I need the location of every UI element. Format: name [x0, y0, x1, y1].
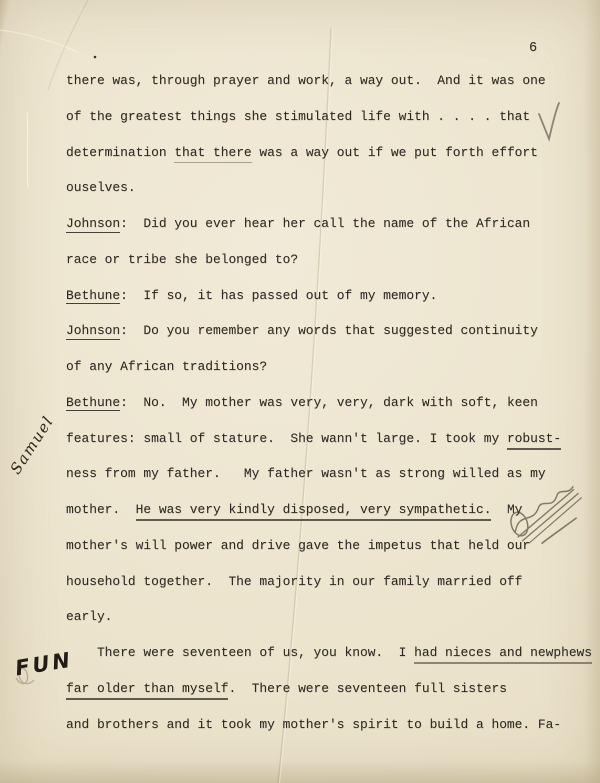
text-line: features: small of stature. She wann't l… — [66, 431, 596, 467]
underlined-text: that there — [174, 145, 251, 163]
text-segment: early. — [66, 609, 112, 624]
ink-speck — [94, 56, 97, 59]
text-segment: mother. — [66, 502, 136, 517]
text-segment: features: small of stature. She wann't l… — [66, 431, 507, 446]
text-segment: household together. The majority in our … — [66, 574, 522, 589]
text-line: mother's will power and drive gave the i… — [66, 538, 596, 574]
text-segment: ness from my father. My father wasn't as… — [66, 466, 546, 481]
typewritten-lines: there was, through prayer and work, a wa… — [66, 73, 596, 752]
text-segment: There were seventeen of us, you know. I — [66, 645, 414, 660]
underlined-text: Johnson — [66, 216, 120, 233]
margin-annotation-samuel: Samuel — [0, 400, 66, 490]
text-segment: : Do you remember any words that suggest… — [120, 323, 538, 338]
text-line: of any African traditions? — [66, 359, 596, 395]
text-segment: of any African traditions? — [66, 359, 267, 374]
text-line: Johnson: Did you ever hear her call the … — [66, 216, 596, 252]
underlined-text: Bethune — [66, 395, 120, 412]
text-segment: of the greatest things she stimulated li… — [66, 109, 530, 124]
text-line: There were seventeen of us, you know. I … — [66, 645, 596, 681]
text-segment: determination — [66, 145, 174, 160]
text-segment: : No. My mother was very, very, dark wit… — [120, 395, 538, 410]
text-line: determination that there was a way out i… — [66, 145, 596, 181]
text-segment: was a way out if we put forth effort — [252, 145, 538, 160]
text-line: Bethune: If so, it has passed out of my … — [66, 288, 596, 324]
underlined-text: He was very kindly disposed, very sympat… — [136, 502, 492, 521]
text-segment: : If so, it has passed out of my memory. — [120, 288, 437, 303]
document-page: 6 there was, through prayer and work, a … — [0, 0, 600, 783]
text-segment: and brothers and it took my mother's spi… — [66, 717, 561, 732]
text-line: mother. He was very kindly disposed, ver… — [66, 502, 596, 538]
text-line: Bethune: No. My mother was very, very, d… — [66, 395, 596, 431]
text-segment: there was, through prayer and work, a wa… — [66, 73, 546, 88]
underlined-text: far older than myself — [66, 681, 228, 700]
corner-crease-highlight — [0, 30, 78, 52]
text-line: far older than myself. There were sevent… — [66, 681, 596, 717]
underlined-text: robust- — [507, 431, 561, 450]
underlined-text: had nieces and newphews — [414, 645, 592, 664]
text-line: household together. The majority in our … — [66, 574, 596, 610]
text-line: ouselves. — [66, 180, 596, 216]
paper-fiber — [27, 112, 28, 188]
text-line: of the greatest things she stimulated li… — [66, 109, 596, 145]
text-segment: race or tribe she belonged to? — [66, 252, 298, 267]
underlined-text: Bethune — [66, 288, 120, 305]
text-line: early. — [66, 609, 596, 645]
text-segment: : Did you ever hear her call the name of… — [120, 216, 530, 231]
underlined-text: Johnson — [66, 323, 120, 340]
text-line: and brothers and it took my mother's spi… — [66, 717, 596, 753]
text-segment: ouselves. — [66, 180, 136, 195]
text-line: there was, through prayer and work, a wa… — [66, 73, 596, 109]
text-segment: . There were seventeen full sisters — [228, 681, 506, 696]
text-line: ness from my father. My father wasn't as… — [66, 466, 596, 502]
text-segment: My — [491, 502, 522, 517]
page-number: 6 — [529, 41, 537, 56]
text-segment: mother's will power and drive gave the i… — [66, 538, 530, 553]
text-line: Johnson: Do you remember any words that … — [66, 323, 596, 359]
text-line: race or tribe she belonged to? — [66, 252, 596, 288]
